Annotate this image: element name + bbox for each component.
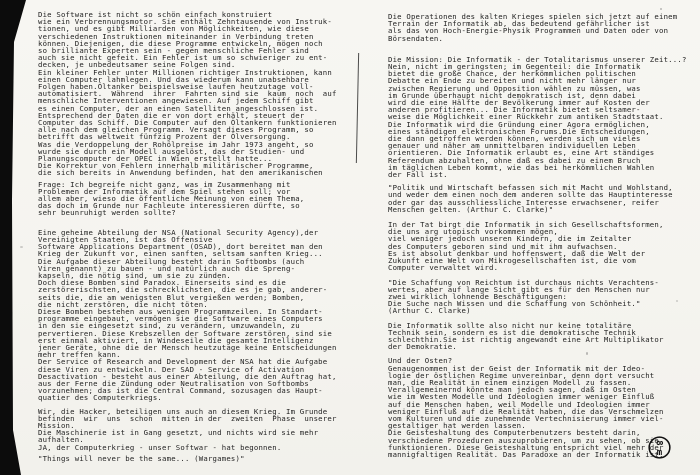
right-column: Die Operationen des kalten Krieges spiel… (388, 13, 696, 458)
stamp-bottom-glyph: m (657, 448, 663, 458)
book-spine-shadow (0, 0, 30, 475)
paragraph-kalter-krieg: Die Operationen des kalten Krieges spiel… (388, 13, 696, 42)
paragraph-hacker-mission: Wir, die Hacker, beteiligen uns auch an … (38, 408, 354, 451)
quote-clarke-politik: "Politik und Wirtschaft befassen sich mi… (388, 184, 696, 213)
paragraph-software-fehler: Die Software ist nicht so schön einfach … (38, 11, 354, 177)
quote-clarke-reichtum: "Die Schaffung von Reichtum ist durchaus… (388, 279, 696, 315)
left-column: Die Software ist nicht so schön einfach … (38, 11, 354, 462)
paragraph-demokratie: Die Informatik sollte also nicht nur kei… (388, 322, 696, 351)
scanned-zine-page: Die Software ist nicht so schön einfach … (0, 0, 700, 475)
scan-speck (660, 8, 662, 10)
paragraph-mission-informatik: Die Mission: Die Informatik - der Totali… (388, 56, 696, 178)
paragraph-frage: Frage: Ich begreife nicht ganz, was im Z… (38, 181, 354, 217)
page-number-stamp-icon: 8 m (646, 434, 673, 461)
fold-line-artifact (356, 53, 360, 163)
scan-speck (20, 246, 23, 248)
quote-wargames: "Things will never be the same... (Warga… (38, 455, 354, 462)
paragraph-nsa-softbombs: Eine geheime Abteilung der NSA (National… (38, 229, 354, 402)
paragraph-gesellschaftsformen: In der Tat birgt die Informatik in sich … (388, 221, 696, 271)
stamp-top-glyph: 8 (653, 440, 663, 445)
